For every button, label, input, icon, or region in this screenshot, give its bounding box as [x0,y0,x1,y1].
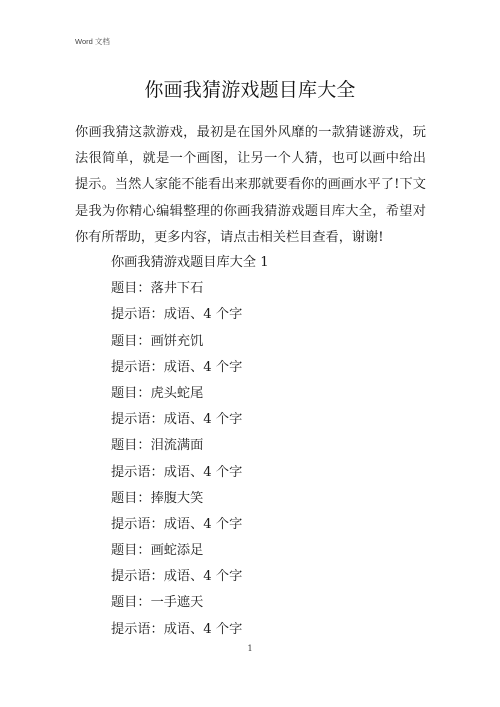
item-label: 题目： [111,281,151,296]
item-value: 成语、4 个字 [164,412,243,427]
question-list: 你画我猜游戏题目库大全 1 题目：落井下石 提示语：成语、4 个字 题目：画饼充… [111,250,269,643]
list-item-hint: 提示语：成语、4 个字 [111,564,269,590]
list-item-topic: 题目：画蛇添足 [111,538,269,564]
item-value: 泪流满面 [151,438,204,453]
list-item-hint: 提示语：成语、4 个字 [111,460,269,486]
item-value: 画饼充饥 [151,334,204,349]
section-heading: 你画我猜游戏题目库大全 1 [111,250,269,276]
item-value: 成语、4 个字 [164,360,243,375]
list-item-topic: 题目：捧腹大笑 [111,486,269,512]
document-title: 你画我猜游戏题目库大全 [0,78,500,102]
item-label: 提示语： [111,412,164,427]
item-label: 题目： [111,595,151,610]
item-value: 画蛇添足 [151,543,204,558]
item-value: 成语、4 个字 [164,517,243,532]
item-label: 提示语： [111,307,164,322]
item-value: 成语、4 个字 [164,307,243,322]
item-value: 一手遮天 [151,595,204,610]
item-label: 题目： [111,543,151,558]
list-item-hint: 提示语：成语、4 个字 [111,355,269,381]
page-number: 1 [0,644,500,653]
item-label: 题目： [111,334,151,349]
list-item-hint: 提示语：成语、4 个字 [111,512,269,538]
item-label: 题目： [111,386,151,401]
list-item-topic: 题目：画饼充饥 [111,329,269,355]
list-item-topic: 题目：一手遮天 [111,590,269,616]
list-item-hint: 提示语：成语、4 个字 [111,302,269,328]
item-label: 提示语： [111,360,164,375]
list-item-topic: 题目：虎头蛇尾 [111,381,269,407]
item-value: 成语、4 个字 [164,569,243,584]
item-value: 成语、4 个字 [164,465,243,480]
item-value: 虎头蛇尾 [151,386,204,401]
item-label: 提示语： [111,569,164,584]
list-item-topic: 题目：落井下石 [111,276,269,302]
item-label: 题目： [111,438,151,453]
item-label: 题目： [111,491,151,506]
item-label: 提示语： [111,517,164,532]
item-value: 成语、4 个字 [164,622,243,637]
list-item-topic: 题目：泪流满面 [111,433,269,459]
item-label: 提示语： [111,622,164,637]
list-item-hint: 提示语：成语、4 个字 [111,407,269,433]
item-value: 捧腹大笑 [151,491,204,506]
document-type-label: Word 文档 [75,36,110,47]
item-value: 落井下石 [151,281,204,296]
list-item-hint: 提示语：成语、4 个字 [111,617,269,643]
item-label: 提示语： [111,465,164,480]
intro-paragraph: 你画我猜这款游戏，最初是在国外风靡的一款猜谜游戏，玩法很简单，就是一个画图，让另… [75,120,426,251]
